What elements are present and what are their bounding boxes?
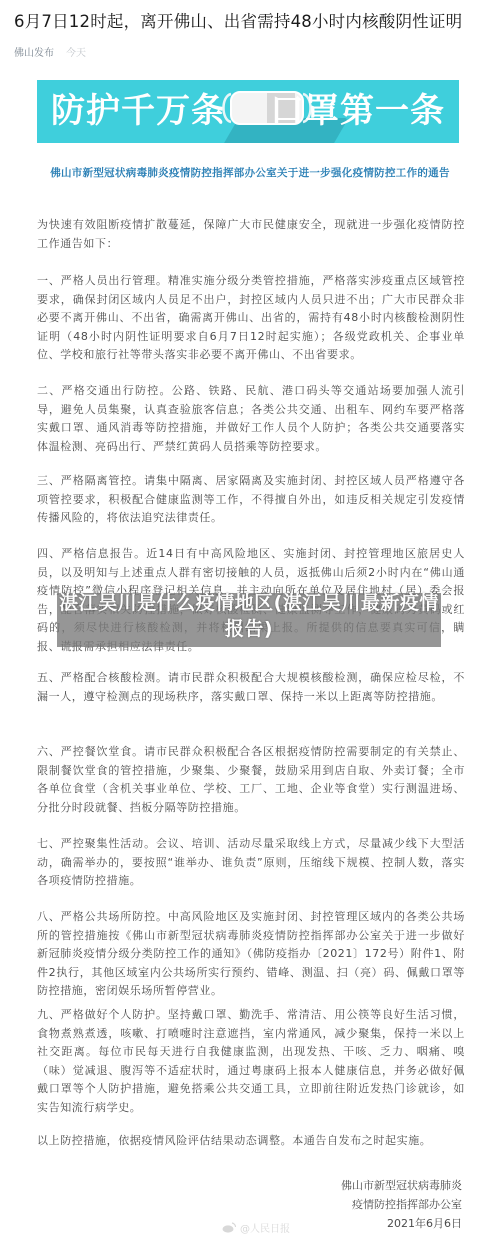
notice-item-1: 一、严格人员出行管理。精准实施分级分类管控措施，严格落实涉疫重点区域管控要求，确… (37, 272, 465, 365)
weibo-icon (222, 1222, 236, 1233)
notice-item-2: 二、严格交通出行防控。公路、铁路、民航、港口码头等交通站场要加强人流引导，避免人… (37, 382, 465, 456)
notice-item-9: 九、严格做好个人防护。坚持戴口罩、勤洗手、常清洁、用公筷等良好生活习惯，食物煮熟… (37, 1006, 465, 1118)
signature-org-line-1: 佛山市新型冠状病毒肺炎 (341, 1176, 462, 1195)
watermark: @人民日报 (222, 1220, 290, 1235)
notice-item-5: 五、严格配合核酸检测。请市民群众积极配合大规模核酸检测，确保应检尽检，不漏一人，… (37, 669, 465, 706)
notice-closing: 以上防控措施，依据疫情风险评估结果动态调整。本通告自发布之时起实施。 (37, 1132, 465, 1151)
signature-org-line-2: 疫情防控指挥部办公室 (341, 1195, 462, 1214)
notice-intro: 为快速有效阻断疫情扩散蔓延，保障广大市民健康安全，现就进一步强化疫情防控工作通告… (37, 216, 465, 253)
banner-right-text: 口罩第一条 (270, 90, 445, 132)
notice-signature: 佛山市新型冠状病毒肺炎 疫情防控指挥部办公室 2021年6月6日 (341, 1176, 462, 1233)
article-source[interactable]: 佛山发布 (14, 44, 54, 59)
article-header: 6月7日12时起，离开佛山、出省需持48小时内核酸阴性证明 佛山发布 今天 (14, 10, 486, 59)
notice-item-7: 七、严控聚集性活动。会议、培训、活动尽量采取线上方式，尽量减少线下大型活动，确需… (37, 835, 465, 891)
notice-title: 佛山市新型冠状病毒肺炎疫情防控指挥部办公室关于进一步强化疫情防控工作的通告 (30, 165, 470, 182)
signature-date: 2021年6月6日 (341, 1214, 462, 1233)
notice-item-8: 八、严格公共场所防控。中高风险地区及实施封闭、封控管理区域内的各类公共场所的管控… (37, 908, 465, 1001)
article-meta: 佛山发布 今天 (14, 44, 486, 59)
banner-left-text: 防护千万条 (51, 90, 226, 132)
title-overlay-text: 湛江吴川是什么疫情地区(湛江吴川最新疫情报告) (57, 590, 441, 642)
notice-item-3: 三、严格隔离管控。请集中隔离、居家隔离及实施封闭、封控区域人员严格遵守各项管控要… (37, 472, 465, 528)
mask-banner: 防护千万条 口罩第一条 (37, 80, 459, 143)
article-title: 6月7日12时起，离开佛山、出省需持48小时内核酸阴性证明 (14, 10, 486, 34)
notice-item-6: 六、严控餐饮堂食。请市民群众积极配合各区根据疫情防控需要制定的有关禁止、限制餐饮… (37, 743, 465, 817)
watermark-text: @人民日报 (240, 1220, 290, 1235)
article-time: 今天 (66, 44, 86, 59)
